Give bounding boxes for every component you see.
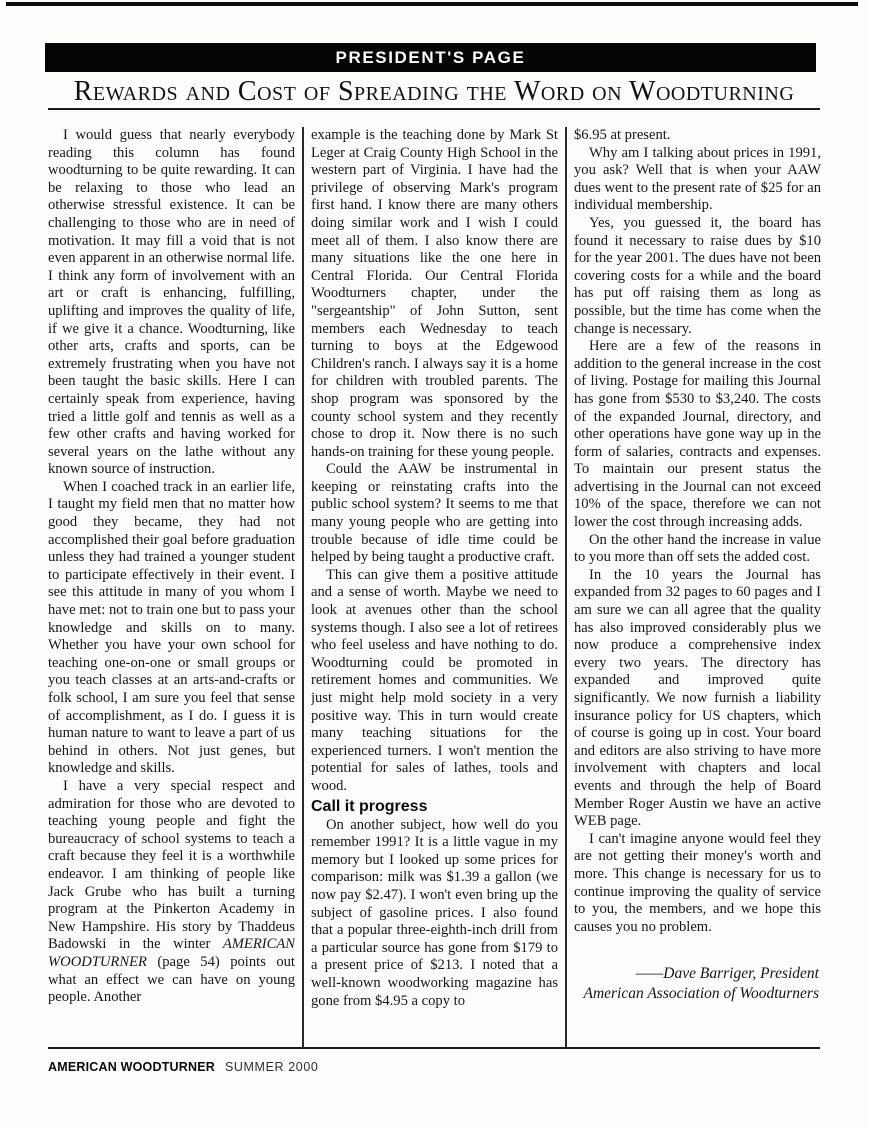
journal-name: AMERICAN WOODTURNER — [48, 1060, 215, 1074]
text-run: Here are a few of the reasons in additio… — [574, 338, 821, 530]
text-run: $6.95 at present. — [574, 127, 670, 143]
text-run: Why am I talking about prices in 1991, y… — [574, 145, 821, 214]
text-run: I have a very special respect and admira… — [48, 778, 295, 952]
section-subhead: Call it progress — [311, 798, 558, 816]
paragraph: On another subject, how well do you reme… — [311, 817, 558, 1011]
text-run: In the 10 years the Journal has expanded… — [574, 567, 821, 829]
issue-label: SUMMER 2000 — [225, 1060, 318, 1074]
text-run: On another subject, how well do you reme… — [311, 817, 558, 1009]
paragraph: In the 10 years the Journal has expanded… — [574, 567, 821, 831]
paragraph: Why am I talking about prices in 1991, y… — [574, 145, 821, 215]
text-run: When I coached track in an earlier life,… — [48, 479, 295, 777]
paragraph: I can't imagine anyone would feel they a… — [574, 831, 821, 937]
paragraph: example is the teaching done by Mark St … — [311, 127, 558, 461]
headline-rule — [48, 108, 820, 110]
top-rule — [6, 2, 858, 6]
text-run: I can't imagine anyone would feel they a… — [574, 831, 821, 935]
article-body: I would guess that nearly everybody read… — [48, 127, 824, 1047]
article-column-1: I would guess that nearly everybody read… — [48, 127, 295, 1047]
paragraph: I have a very special respect and admira… — [48, 778, 295, 1007]
paragraph: Could the AAW be instrumental in keeping… — [311, 461, 558, 567]
article-column-2: example is the teaching done by Mark St … — [311, 127, 558, 1047]
banner-title: PRESIDENT'S PAGE — [336, 48, 526, 68]
article-column-3: $6.95 at present.Why am I talking about … — [574, 127, 821, 1047]
text-run: I would guess that nearly everybody read… — [48, 127, 295, 477]
text-run: example is the teaching done by Mark St … — [311, 127, 558, 460]
page-footer: AMERICAN WOODTURNER SUMMER 2000 — [48, 1060, 318, 1074]
column-divider — [302, 127, 304, 1047]
text-run: Could the AAW be instrumental in keeping… — [311, 461, 558, 565]
signature-line: ——Dave Barriger, President — [574, 964, 819, 984]
article-headline: Rewards and Cost of Spreading the Word o… — [48, 76, 820, 108]
paragraph: Yes, you guessed it, the board has found… — [574, 215, 821, 338]
paragraph: $6.95 at present. — [574, 127, 821, 145]
text-run: This can give them a positive attitude a… — [311, 567, 558, 794]
signature-line: American Association of Woodturners — [574, 984, 819, 1004]
column-divider — [565, 127, 567, 1047]
paragraph: I would guess that nearly everybody read… — [48, 127, 295, 479]
text-run: Yes, you guessed it, the board has found… — [574, 215, 821, 337]
paragraph: On the other hand the increase in value … — [574, 532, 821, 567]
text-run: On the other hand the increase in value … — [574, 532, 821, 566]
presidents-page-banner: PRESIDENT'S PAGE — [45, 43, 816, 72]
magazine-page: PRESIDENT'S PAGE Rewards and Cost of Spr… — [0, 0, 869, 1128]
paragraph: Here are a few of the reasons in additio… — [574, 338, 821, 532]
paragraph: This can give them a positive attitude a… — [311, 567, 558, 796]
paragraph: When I coached track in an earlier life,… — [48, 479, 295, 778]
bottom-rule — [48, 1047, 820, 1049]
signature-block: ——Dave Barriger, PresidentAmerican Assoc… — [574, 964, 821, 1004]
